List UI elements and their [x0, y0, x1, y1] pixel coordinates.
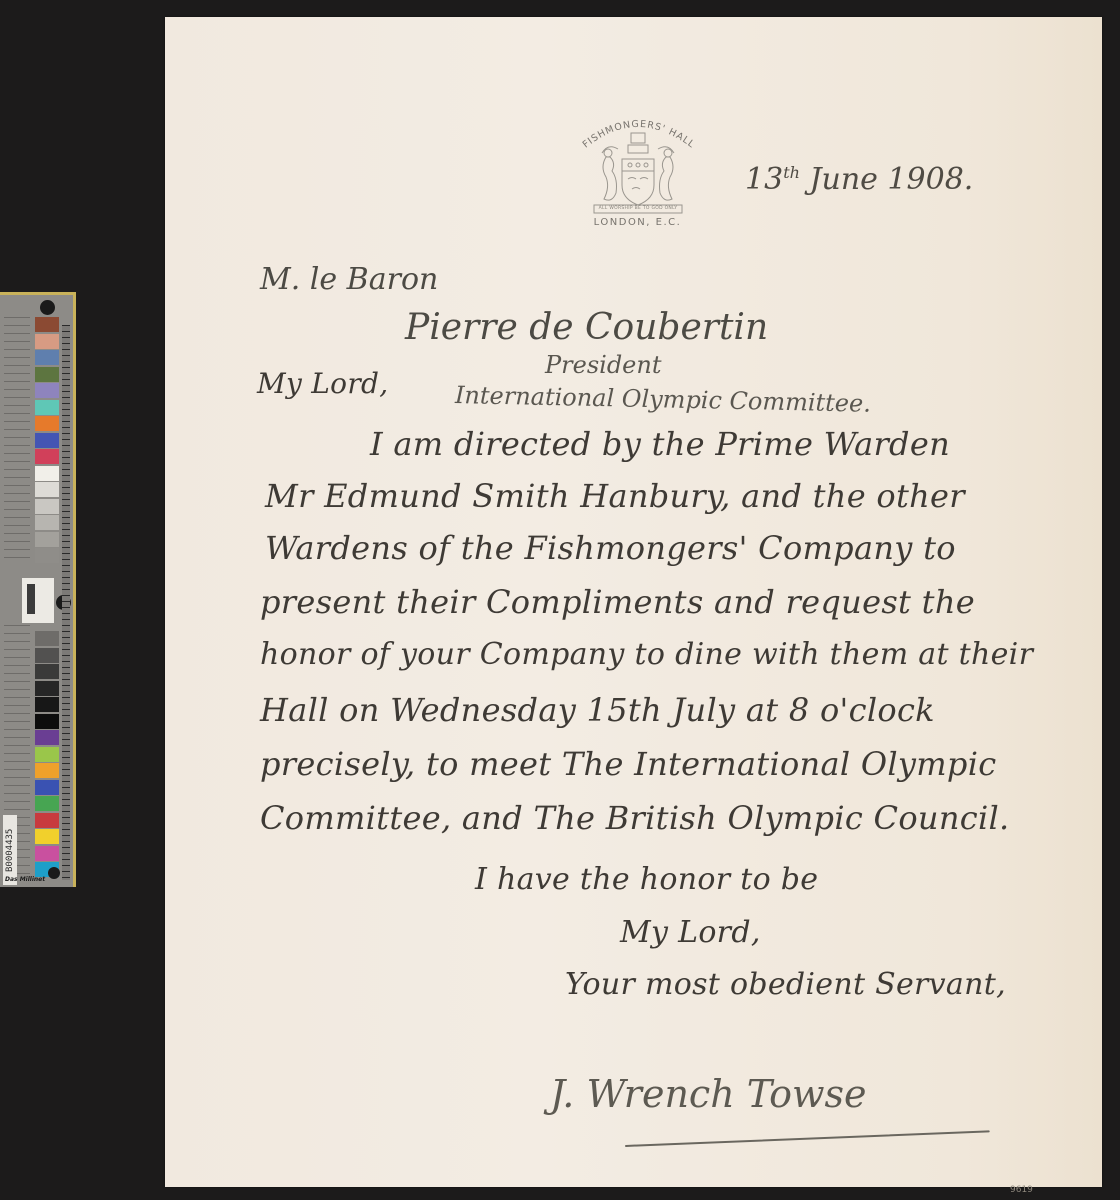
color-swatch	[35, 664, 59, 679]
color-swatch	[35, 796, 59, 811]
color-swatch	[35, 499, 59, 514]
card-brand: Das Millinet	[5, 876, 45, 883]
color-swatch	[35, 532, 59, 547]
archive-number: 9619	[1010, 1185, 1033, 1195]
color-swatch	[35, 681, 59, 696]
body-line: present their Compliments and request th…	[260, 583, 975, 621]
color-swatch	[35, 433, 59, 448]
coat-of-arms-icon: ALL WORSHIP BE TO GOD ONLY	[588, 127, 688, 221]
color-swatch	[35, 482, 59, 497]
color-swatch	[35, 829, 59, 844]
color-swatch	[35, 383, 59, 398]
body-line: precisely, to meet The International Oly…	[260, 745, 996, 783]
color-swatch	[35, 449, 59, 464]
color-swatch	[35, 813, 59, 828]
body-line: I am directed by the Prime Warden	[370, 425, 950, 463]
signature-underline	[625, 1130, 990, 1147]
color-swatch	[35, 780, 59, 795]
grey-target-patch	[22, 578, 54, 623]
card-id-label: B0004435	[3, 815, 17, 885]
color-swatch	[35, 648, 59, 663]
color-swatch	[35, 515, 59, 530]
registration-dot	[40, 300, 55, 315]
color-swatch	[35, 846, 59, 861]
color-swatch	[35, 317, 59, 332]
swatch-column-bottom	[35, 631, 59, 879]
color-swatch	[35, 334, 59, 349]
body-line: honor of your Company to dine with them …	[260, 637, 1033, 672]
color-swatch	[35, 367, 59, 382]
salutation: My Lord,	[257, 367, 388, 400]
body-line: Hall on Wednesday 15th July at 8 o'clock	[260, 691, 935, 729]
color-swatch	[35, 730, 59, 745]
letter-date: 13th June 1908.	[745, 162, 973, 197]
body-line: Wardens of the Fishmongers' Company to	[265, 529, 956, 567]
color-swatch	[35, 466, 59, 481]
letterhead-motto: ALL WORSHIP BE TO GOD ONLY	[596, 206, 680, 211]
addressee-line-1: M. le Baron	[260, 262, 438, 297]
card-ruler	[62, 325, 70, 880]
color-swatch	[35, 400, 59, 415]
card-grid-top	[4, 317, 30, 562]
letterhead: FISHMONGERS' HALL ALL WORSHI	[570, 105, 705, 240]
closing-line-3: Your most obedient Servant,	[565, 967, 1006, 1002]
letterhead-location: LONDON, E.C.	[570, 217, 705, 228]
color-swatch	[35, 548, 59, 563]
body-line: Committee, and The British Olympic Counc…	[260, 799, 1010, 837]
color-swatch	[35, 747, 59, 762]
color-calibration-card: B0004435 Das Millinet	[0, 292, 76, 887]
closing-line-2: My Lord,	[620, 915, 761, 950]
registration-dot	[48, 867, 60, 879]
addressee-line-4: International Olympic Committee.	[455, 381, 871, 418]
color-swatch	[35, 697, 59, 712]
color-swatch	[35, 763, 59, 778]
addressee-line-3: President	[545, 351, 661, 379]
addressee-line-2: Pierre de Coubertin	[405, 307, 768, 348]
color-swatch	[35, 631, 59, 646]
signature: J. Wrench Towse	[550, 1072, 867, 1116]
color-swatch	[35, 350, 59, 365]
letter-page: FISHMONGERS' HALL ALL WORSHI	[165, 17, 1102, 1187]
body-line: Mr Edmund Smith Hanbury, and the other	[265, 477, 965, 515]
color-swatch	[35, 416, 59, 431]
color-swatch	[35, 714, 59, 729]
closing-line-1: I have the honor to be	[475, 862, 818, 897]
swatch-column-top	[35, 317, 59, 565]
